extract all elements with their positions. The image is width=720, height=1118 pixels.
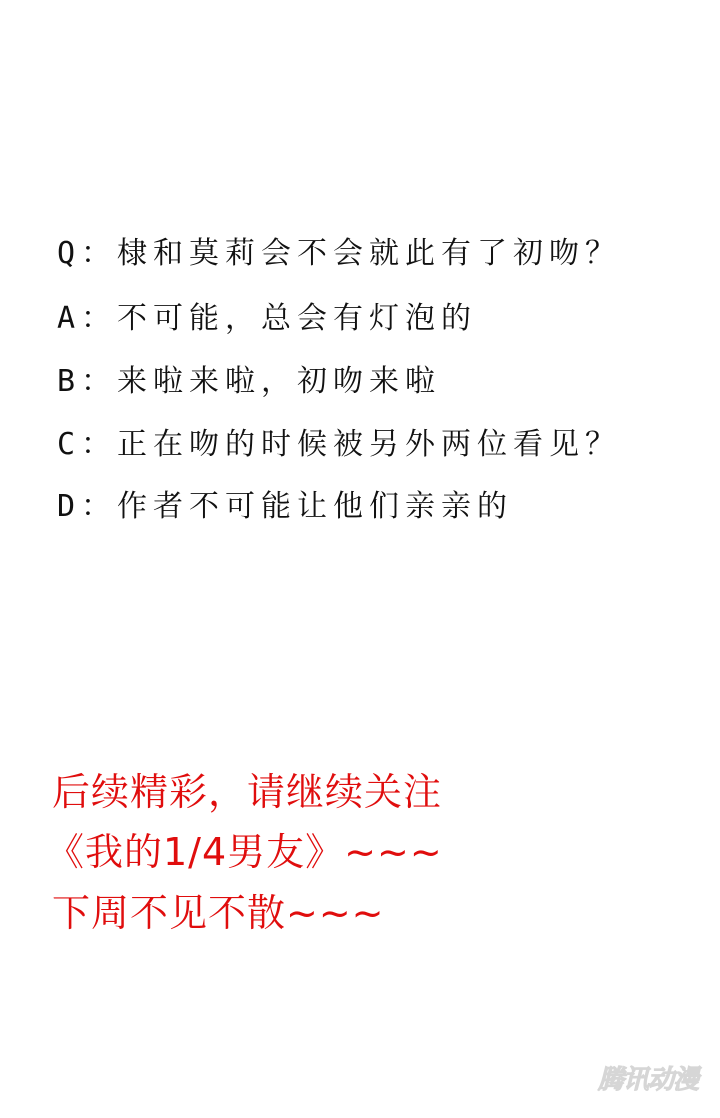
tencent-comics-watermark: 腾讯动漫 bbox=[598, 1059, 698, 1096]
quiz-question: Q：棣和莫莉会不会就此有了初吻？ bbox=[57, 236, 621, 272]
promo-line-3: 下周不见不散~~~ bbox=[52, 890, 385, 936]
quiz-option-d: D：作者不可能让他们亲亲的 bbox=[57, 489, 513, 525]
promo-line-1: 后续精彩，请继续关注 bbox=[52, 769, 442, 815]
promo-line-2: 《我的1/4男友》~~~ bbox=[46, 829, 443, 875]
quiz-option-c: C：正在吻的时候被另外两位看见？ bbox=[57, 427, 621, 463]
quiz-option-b: B：来啦来啦，初吻来啦 bbox=[57, 364, 441, 400]
quiz-option-a: A：不可能，总会有灯泡的 bbox=[57, 301, 477, 337]
